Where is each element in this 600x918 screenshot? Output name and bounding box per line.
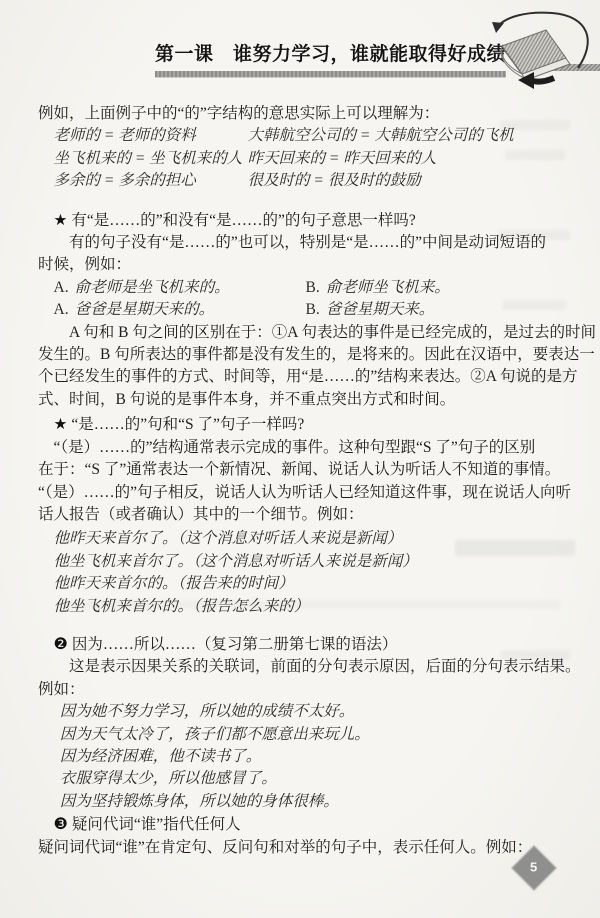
de-example-row: 多余的 = 多余的担心 很及时的 = 很及时的鼓励 xyxy=(38,170,566,192)
explanation-line: 个已经发生的事件的方式、时间等，用“是……的”结构来表达。②A 句说的是方 xyxy=(38,366,566,388)
q2-explanation: “（是）……的”结构通常表示完成的事件。这种句型跟“S 了”句子的区别 在于：“… xyxy=(38,437,566,527)
grammar-point-3-heading: ❸疑问代词“谁”指代任何人 xyxy=(38,814,566,836)
sentence-a: A.俞老师是坐飞机来的。 xyxy=(54,277,306,299)
textbook-page: 第一课 谁努力学习，谁就能取得好成绩 xyxy=(0,0,600,918)
de-example-left: 多余的 = 多余的担心 xyxy=(54,170,248,192)
ab-example-row: A.俞老师是坐飞机来的。 B.俞老师坐飞机来。 xyxy=(38,277,566,299)
question-2-text: “是……的”句和“S 了”句子一样吗? xyxy=(71,416,304,433)
ab-example-row: A.爸爸是星期天来的。 B.爸爸星期天来。 xyxy=(38,299,566,321)
example-sentence: 他坐飞机来首尔的。（报告怎么来的） xyxy=(38,596,566,618)
explanation-line: 在于：“S 了”通常表达一个新情况、新闻、说话人认为听话人不知道的事情。 xyxy=(38,459,566,481)
grammar-point-3-title: 疑问代词“谁”指代任何人 xyxy=(72,816,241,833)
de-example-row: 坐飞机来的 = 坐飞机来的人 昨天回来的 = 昨天回来的人 xyxy=(38,148,566,170)
explanation-line: “（是）……的”句子相反，说话人认为听话人已经知道这件事，现在说话人向听 xyxy=(38,482,566,504)
q1-explanation: A 句和 B 句之间的区别在于：①A 句表达的事件是已经完成的，是过去的时间 发… xyxy=(38,322,566,412)
page-number: 5 xyxy=(530,857,537,879)
star-icon: ★ xyxy=(54,212,68,229)
lesson-title: 第一课 谁努力学习，谁就能取得好成绩 xyxy=(155,44,506,66)
intro-line: 例如，上面例子中的“的”字结构的意思实际上可以理解为： xyxy=(38,103,566,125)
page-body: 例如，上面例子中的“的”字结构的意思实际上可以理解为： 老师的 = 老师的资料 … xyxy=(38,96,566,859)
item-letter: A. xyxy=(54,301,69,318)
sentence-a-text: 爸爸是星期天来的。 xyxy=(75,301,215,318)
de-example-left: 老师的 = 老师的资料 xyxy=(54,125,248,147)
explanation-line: 话人报告（或者确认）其中的一个细节。例如： xyxy=(38,504,566,526)
sentence-b-text: 爸爸星期天来。 xyxy=(326,301,435,318)
sentence-a-text: 俞老师是坐飞机来的。 xyxy=(75,279,230,296)
grammar-point-2-title: 因为……所以……（复习第二册第七课的语法） xyxy=(72,636,398,653)
sentence-b-text: 俞老师坐飞机来。 xyxy=(326,279,450,296)
de-example-right: 很及时的 = 很及时的鼓励 xyxy=(248,170,567,192)
book-rotate-arrow-icon xyxy=(486,8,600,104)
item-letter: B. xyxy=(306,279,320,296)
q1-paragraph-line: 时候，例如： xyxy=(38,254,566,276)
sentence-a: A.爸爸是星期天来的。 xyxy=(54,299,306,321)
title-underline xyxy=(155,71,506,78)
question-1: ★有“是……的”和没有“是……的”的句子意思一样吗? xyxy=(38,210,566,232)
numbered-bullet-3-icon: ❸ xyxy=(54,816,68,833)
lesson-header: 第一课 谁努力学习，谁就能取得好成绩 xyxy=(0,0,600,100)
sentence-b: B.俞老师坐飞机来。 xyxy=(306,277,567,299)
de-example-row: 老师的 = 老师的资料 大韩航空公司的 = 大韩航空公司的飞机 xyxy=(38,125,566,147)
sentence-b: B.爸爸星期天来。 xyxy=(306,299,567,321)
ab-sentence-examples: A.俞老师是坐飞机来的。 B.俞老师坐飞机来。 A.爸爸是星期天来的。 B.爸爸… xyxy=(38,277,566,322)
question-2: ★“是……的”句和“S 了”句子一样吗? xyxy=(38,414,566,436)
de-example-right: 大韩航空公司的 = 大韩航空公司的飞机 xyxy=(248,125,567,147)
de-example-right: 昨天回来的 = 昨天回来的人 xyxy=(248,148,567,170)
example-sentence: 因为坚持锻炼身体，所以她的身体很棒。 xyxy=(38,791,566,813)
example-sentence: 因为经济困难，他不读书了。 xyxy=(38,746,566,768)
de-example-left: 坐飞机来的 = 坐飞机来的人 xyxy=(54,148,248,170)
q1-paragraph-line: 有的句子没有“是……的”也可以，特别是“是……的”中间是动词短语的 xyxy=(38,232,566,254)
q2-examples: 他昨天来首尔了。（这个消息对听话人来说是新闻） 他坐飞机来首尔了。（这个消息对听… xyxy=(38,528,566,618)
explanation-line: “（是）……的”结构通常表示完成的事件。这种句型跟“S 了”句子的区别 xyxy=(38,437,566,459)
point3-explanation: 疑问词代词“谁”在肯定句、反问句和对举的句子中，表示任何人。例如： xyxy=(38,837,566,859)
example-sentence: 因为天气太冷了，孩子们都不愿意出来玩儿。 xyxy=(38,724,566,746)
example-sentence: 他坐飞机来首尔了。（这个消息对听话人来说是新闻） xyxy=(38,551,566,573)
question-1-text: 有“是……的”和没有“是……的”的句子意思一样吗? xyxy=(71,212,415,229)
point2-lead: 例如： xyxy=(38,679,566,701)
example-sentence: 因为她不努力学习，所以她的成绩不太好。 xyxy=(38,701,566,723)
example-sentence: 衣服穿得太少，所以他感冒了。 xyxy=(38,768,566,790)
item-letter: A. xyxy=(54,279,69,296)
explanation-line: 发生的。B 句所表达的事件都是没有发生的，是将来的。因此在汉语中，要表达一 xyxy=(38,344,566,366)
lesson-title-block: 第一课 谁努力学习，谁就能取得好成绩 xyxy=(155,44,506,78)
point2-explanation: 这是表示因果关系的关联词，前面的分句表示原因，后面的分句表示结果。 xyxy=(38,656,566,678)
star-icon: ★ xyxy=(54,416,68,433)
grammar-point-2-heading: ❷因为……所以……（复习第二册第七课的语法） xyxy=(38,634,566,656)
explanation-line: A 句和 B 句之间的区别在于：①A 句表达的事件是已经完成的，是过去的时间 xyxy=(38,322,566,344)
example-sentence: 他昨天来首尔的。（报告来的时间） xyxy=(38,573,566,595)
point2-examples: 因为她不努力学习，所以她的成绩不太好。 因为天气太冷了，孩子们都不愿意出来玩儿。… xyxy=(38,701,566,813)
de-structure-examples: 老师的 = 老师的资料 大韩航空公司的 = 大韩航空公司的飞机 坐飞机来的 = … xyxy=(38,125,566,192)
explanation-line: 式、时间，B 句说的是事件本身，并不重点突出方式和时间。 xyxy=(38,389,566,411)
numbered-bullet-2-icon: ❷ xyxy=(54,636,68,653)
item-letter: B. xyxy=(306,301,320,318)
example-sentence: 他昨天来首尔了。（这个消息对听话人来说是新闻） xyxy=(38,528,566,550)
